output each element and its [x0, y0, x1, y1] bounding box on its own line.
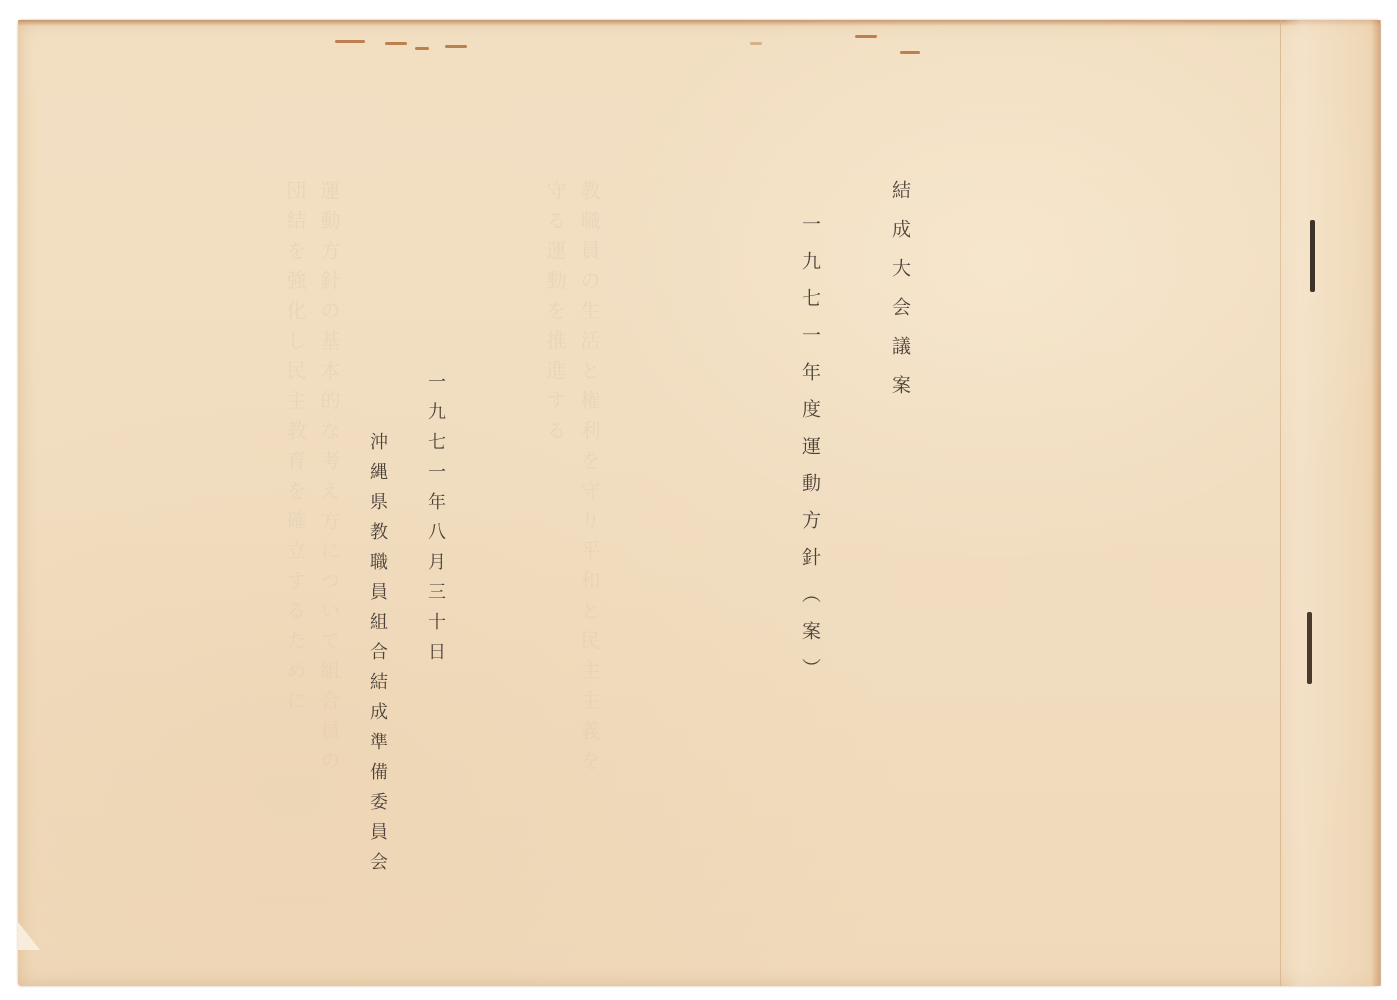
staple-top	[1310, 220, 1315, 292]
document-cover: 運動方針の基本的な考え方について組合員の団結を強化し民主教育を確立するために 教…	[18, 20, 1380, 986]
rust-stain	[855, 35, 877, 38]
bleed-through-text: 教職員の生活と権利を守り平和と民主主義を守る運動を推進する	[538, 180, 606, 780]
issuing-organization: 沖縄県教職員組合結成準備委員会	[368, 432, 386, 882]
staple-bottom	[1307, 612, 1312, 684]
subtitle-heading: 一九七一年度運動方針（案）	[800, 214, 819, 695]
stained-top-edge	[18, 20, 1380, 26]
rust-stain	[385, 42, 407, 45]
title-heading: 結成大会議案	[890, 180, 909, 414]
rust-stain	[900, 51, 920, 54]
rust-stain	[335, 40, 365, 43]
rust-stain	[750, 42, 762, 45]
folded-corner	[18, 922, 40, 950]
rust-stain	[445, 45, 467, 48]
binding-spine	[1280, 20, 1381, 986]
rust-stain	[415, 47, 429, 50]
publication-date: 一九七一年八月三十日	[426, 372, 444, 672]
bleed-through-text: 運動方針の基本的な考え方について組合員の団結を強化し民主教育を確立するために	[278, 180, 346, 780]
